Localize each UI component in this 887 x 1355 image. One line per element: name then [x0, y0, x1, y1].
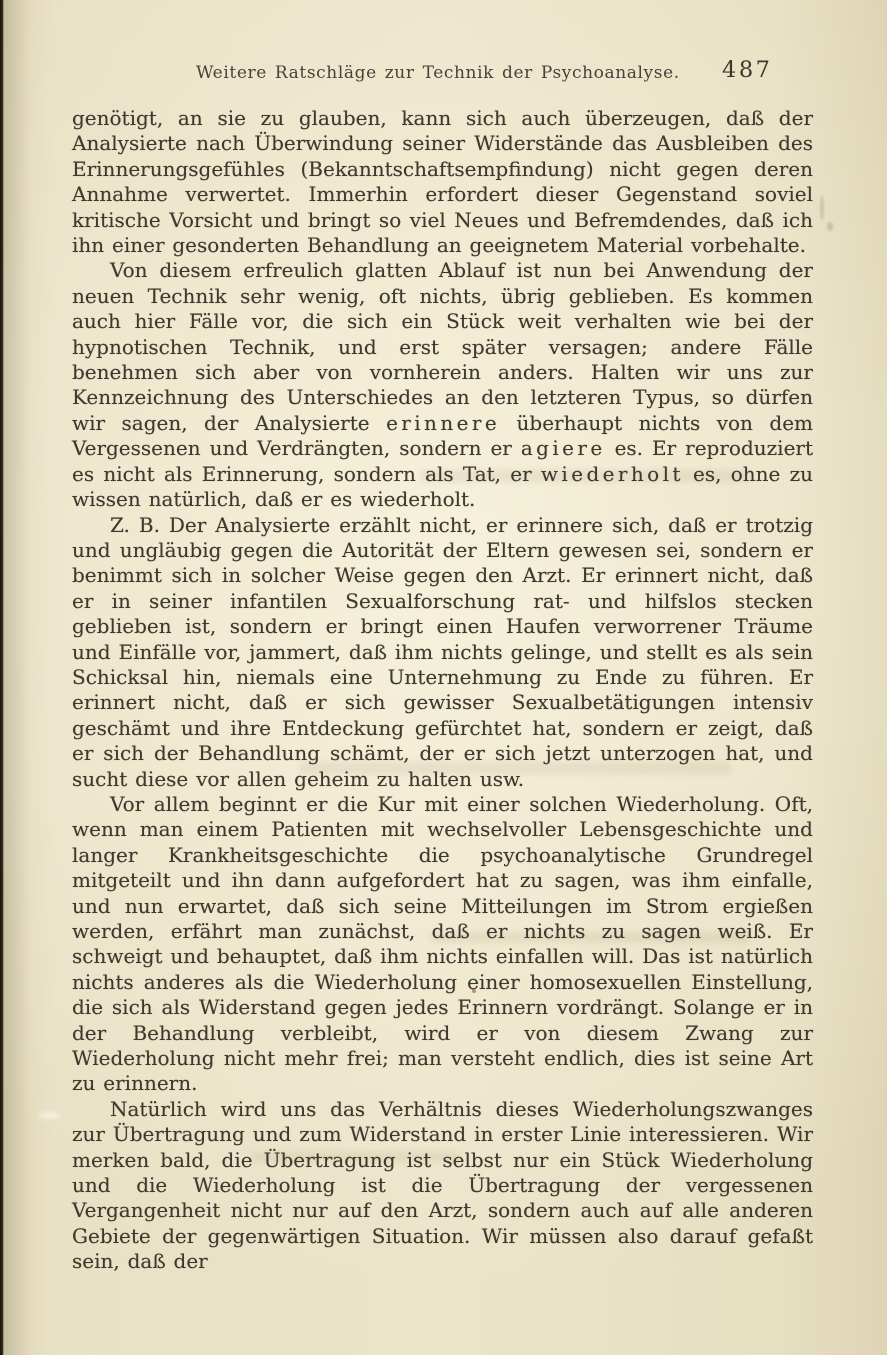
paragraph: Von diesem erfreulich glatten Ablauf ist… — [72, 258, 813, 512]
paragraph: Natürlich wird uns das Verhältnis dieses… — [72, 1097, 813, 1275]
running-title: Weitere Ratschläge zur Technik der Psych… — [196, 63, 680, 83]
emphasized-spaced-word: wiederholt — [541, 462, 684, 486]
paragraph-text: Vor allem beginnt er die Kur mit einer s… — [72, 792, 813, 1095]
paper-speck — [38, 1112, 60, 1119]
scan-edge-gradient — [4, 0, 30, 1355]
paragraph-text: Natürlich wird uns das Verhältnis dieses… — [72, 1097, 813, 1273]
page-number: 487 — [722, 57, 772, 83]
paragraph-text: Von diesem erfreulich glatten Ablauf ist… — [72, 258, 813, 434]
paragraph: genötigt, an sie zu glauben, kann sich a… — [72, 106, 813, 258]
paragraph-text: genötigt, an sie zu glauben, kann sich a… — [72, 106, 813, 257]
page-body: genötigt, an sie zu glauben, kann sich a… — [72, 106, 813, 1275]
running-header: Weitere Ratschläge zur Technik der Psych… — [0, 0, 887, 100]
emphasized-spaced-word: erinnere — [386, 411, 500, 435]
scanned-book-page: Weitere Ratschläge zur Technik der Psych… — [0, 0, 887, 1355]
paragraph: Z. B. Der Analysierte erzählt nicht, er … — [72, 513, 813, 792]
paper-speck — [827, 222, 833, 231]
paragraph: Vor allem beginnt er die Kur mit einer s… — [72, 792, 813, 1097]
emphasized-spaced-word: agiere — [521, 436, 606, 460]
paragraph-text: Z. B. Der Analysierte erzählt nicht, er … — [72, 513, 813, 791]
paper-speck — [820, 196, 824, 220]
